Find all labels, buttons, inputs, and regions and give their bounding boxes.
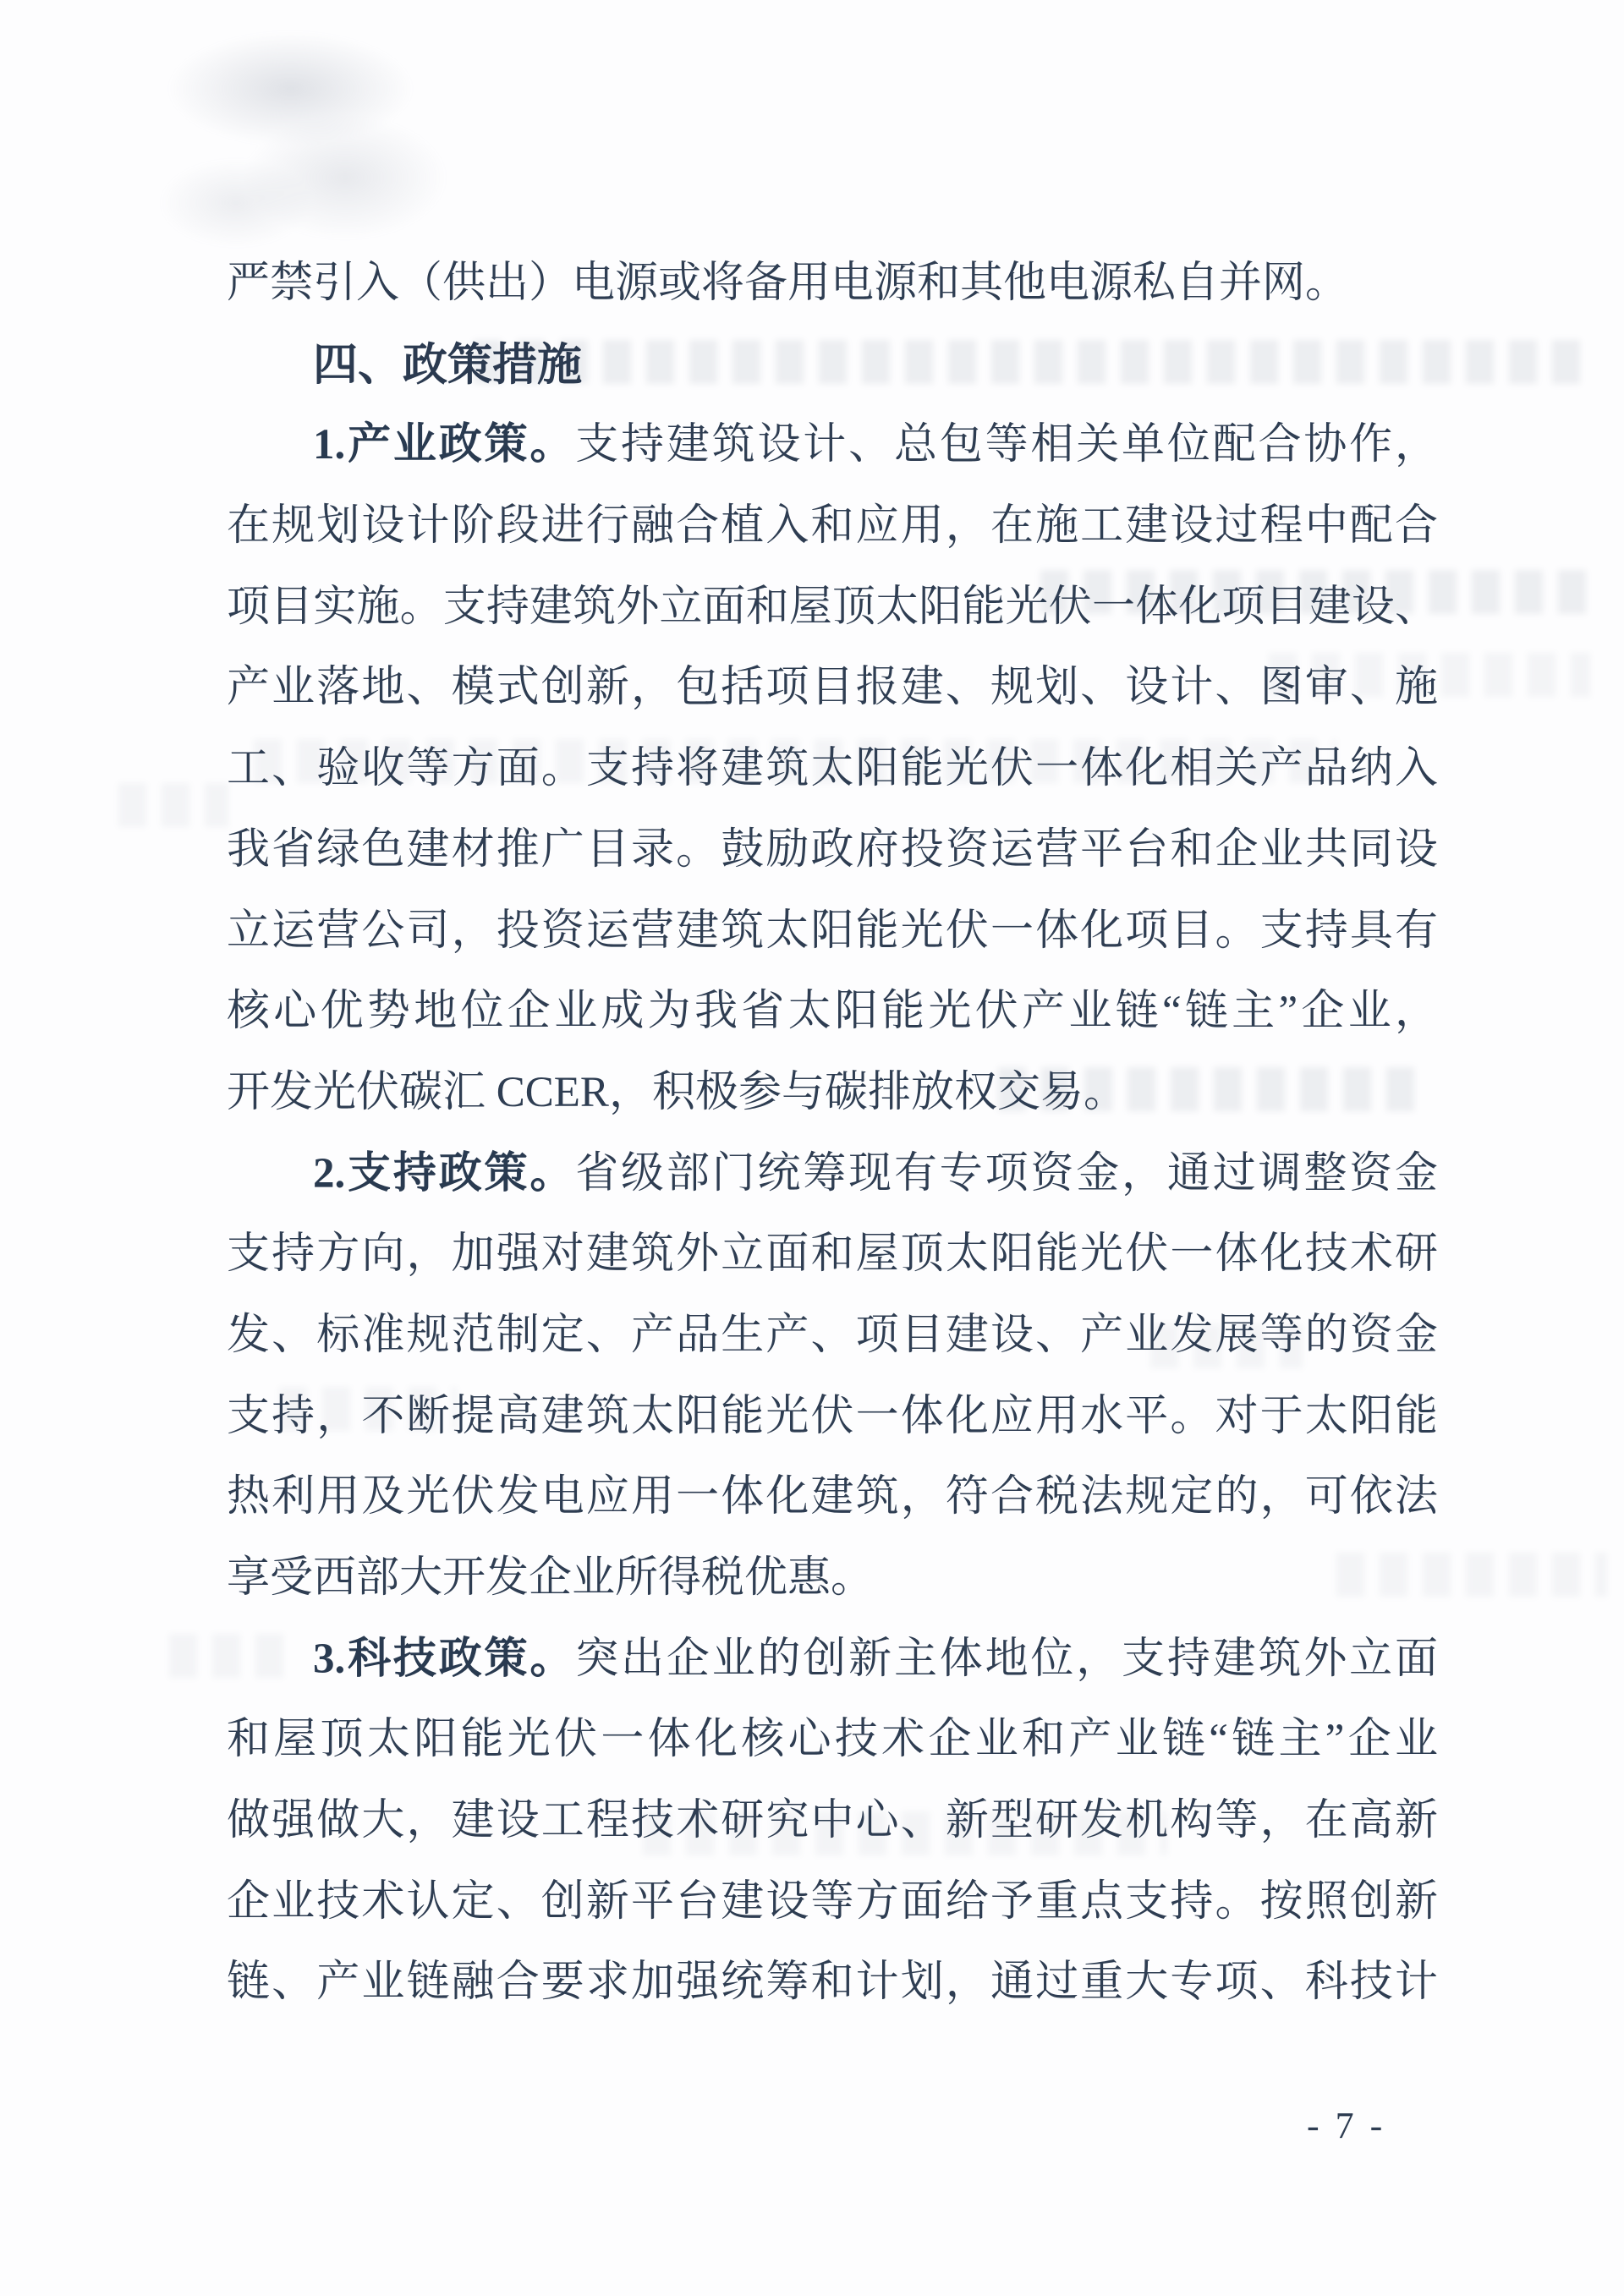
text-line: 企业技术认定、创新平台建设等方面给予重点支持。按照创新 <box>227 1862 1438 1943</box>
text-line: 在规划设计阶段进行融合植入和应用，在施工建设过程中配合 <box>227 486 1438 567</box>
text-run: 支持建筑设计、总包等相关单位配合协作， <box>575 421 1438 469</box>
text-line: 享受西部大开发企业所得税优惠。 <box>227 1538 1438 1619</box>
text-line: 发、标准规范制定、产品生产、项目建设、产业发展等的资金 <box>227 1296 1438 1377</box>
text-line: 项目实施。支持建筑外立面和屋顶太阳能光伏一体化项目建设、 <box>227 567 1438 649</box>
text-line: 核心优势地位企业成为我省太阳能光伏产业链“链主”企业， <box>227 972 1438 1053</box>
text-line: 支持方向，加强对建筑外立面和屋顶太阳能光伏一体化技术研 <box>227 1214 1438 1296</box>
text-line: 产业落地、模式创新，包括项目报建、规划、设计、图审、施 <box>227 648 1438 729</box>
text-line: 支持，不断提高建筑太阳能光伏一体化应用水平。对于太阳能 <box>227 1377 1438 1458</box>
text-line: 和屋顶太阳能光伏一体化核心技术企业和产业链“链主”企业 <box>227 1700 1438 1781</box>
text-run: 省级部门统筹现有专项资金，通过调整资金 <box>575 1150 1438 1197</box>
scan-smudge <box>127 13 491 266</box>
text-line: 工、验收等方面。支持将建筑太阳能光伏一体化相关产品纳入 <box>227 729 1438 810</box>
section-heading: 四、政策措施 <box>227 325 1438 406</box>
text-line: 开发光伏碳汇 CCER，积极参与碳排放权交易。 <box>227 1053 1438 1134</box>
text-line: 热利用及光伏发电应用一体化建筑，符合税法规定的，可依法 <box>227 1457 1438 1538</box>
paragraph-lead-label: 3.科技政策。 <box>313 1636 575 1683</box>
text-line: 2.支持政策。省级部门统筹现有专项资金，通过调整资金 <box>227 1134 1438 1215</box>
text-line: 3.科技政策。突出企业的创新主体地位，支持建筑外立面 <box>227 1619 1438 1701</box>
scanned-page: 严禁引入（供出）电源或将备用电源和其他电源私自并网。四、政策措施1.产业政策。支… <box>0 0 1624 2296</box>
text-line: 我省绿色建材推广目录。鼓励政府投资运营平台和企业共同设 <box>227 810 1438 891</box>
text-line: 链、产业链融合要求加强统筹和计划，通过重大专项、科技计 <box>227 1943 1438 2024</box>
paragraph-lead-label: 1.产业政策。 <box>313 421 575 469</box>
text-line: 1.产业政策。支持建筑设计、总包等相关单位配合协作， <box>227 405 1438 486</box>
document-body: 严禁引入（供出）电源或将备用电源和其他电源私自并网。四、政策措施1.产业政策。支… <box>227 244 1438 2024</box>
text-line: 严禁引入（供出）电源或将备用电源和其他电源私自并网。 <box>227 244 1438 325</box>
page-number: - 7 - <box>1307 2104 1385 2147</box>
text-run: 突出企业的创新主体地位，支持建筑外立面 <box>575 1636 1438 1683</box>
text-line: 立运营公司，投资运营建筑太阳能光伏一体化项目。支持具有 <box>227 891 1438 973</box>
bleed-through-artifact <box>118 783 228 827</box>
text-line: 做强做大，建设工程技术研究中心、新型研发机构等，在高新 <box>227 1781 1438 1862</box>
paragraph-lead-label: 2.支持政策。 <box>313 1150 575 1197</box>
